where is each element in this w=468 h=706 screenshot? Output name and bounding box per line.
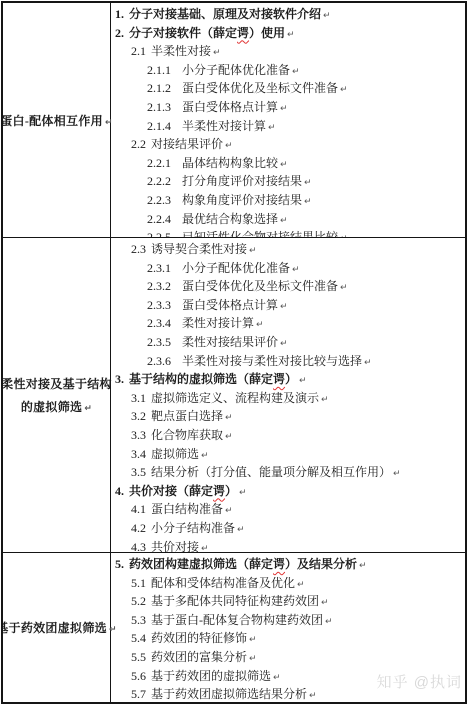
paragraph-mark-icon: ↵ xyxy=(393,469,401,479)
outline-item: 3.2靶点蛋白选择↵ xyxy=(114,408,464,427)
paragraph-mark-icon: ↵ xyxy=(323,11,331,21)
item-text: 虚拟筛选 xyxy=(151,447,199,461)
paragraph-mark-icon: ↵ xyxy=(84,404,92,414)
item-text: 蛋白受体格点计算 xyxy=(182,298,278,312)
item-number: 2.2.5 xyxy=(147,229,171,237)
item-text: 蛋白结构准备 xyxy=(151,502,223,516)
outline-item: 5.4药效团的特征修饰↵ xyxy=(114,630,464,649)
item-text: 靶点蛋白选择 xyxy=(151,409,223,423)
item-number: 2.3.2 xyxy=(147,278,171,295)
item-text: 基于多配体共同特征构建药效团 xyxy=(151,594,319,608)
outline-item: 4.共价对接（薛定谔）↵ xyxy=(114,483,464,502)
item-number: 5.4 xyxy=(131,630,146,647)
paragraph-mark-icon: ↵ xyxy=(201,451,209,461)
item-text: 基于药效团虚拟筛选结果分析 xyxy=(151,687,307,701)
paragraph-mark-icon: ↵ xyxy=(280,104,288,114)
item-number: 5.1 xyxy=(131,575,146,592)
paragraph-mark-icon: ↵ xyxy=(225,141,233,151)
item-text: 小分子配体优化准备 xyxy=(182,63,290,77)
spellcheck-underline: 谔 xyxy=(213,484,225,498)
paragraph-mark-icon: ↵ xyxy=(249,635,257,645)
item-text: 柔性对接计算 xyxy=(182,316,254,330)
paragraph-mark-icon: ↵ xyxy=(237,525,245,535)
item-number: 2.3.6 xyxy=(147,353,171,370)
row-header-cell: 基于药效团虚拟筛选↵ xyxy=(3,553,111,702)
item-number: 5.3 xyxy=(131,612,146,629)
paragraph-mark-icon: ↵ xyxy=(225,413,233,423)
paragraph-mark-icon: ↵ xyxy=(292,67,300,77)
row-header-text: 的虚拟筛选↵ xyxy=(21,398,92,415)
item-number: 2.1.2 xyxy=(147,80,171,97)
item-text: 分子对接软件（薛定谔）使用 xyxy=(129,26,285,40)
paragraph-mark-icon: ↵ xyxy=(280,160,288,170)
paragraph-mark-icon: ↵ xyxy=(359,561,367,571)
item-text: 虚拟筛选定义、流程构建及演示 xyxy=(151,391,319,405)
item-text: 蛋白受体格点计算 xyxy=(182,100,278,114)
outline-item: 2.2.5已知活性化合物对接结果比较↵ xyxy=(114,229,464,237)
item-number: 2.3.1 xyxy=(147,260,171,277)
item-number: 1. xyxy=(115,6,124,23)
item-text: 基于结构的虚拟筛选（薛定谔） xyxy=(129,372,297,386)
item-number: 2.2.4 xyxy=(147,211,171,228)
paragraph-mark-icon: ↵ xyxy=(213,48,221,58)
outline-table: 蛋白-配体相互作用↵1.分子对接基础、原理及对接软件介绍↵2.分子对接软件（薛定… xyxy=(1,1,467,704)
item-text: 结果分析（打分值、能量项分解及相互作用） xyxy=(151,465,391,479)
item-number: 2.2.1 xyxy=(147,155,171,172)
outline-item: 2.1.4半柔性对接计算↵ xyxy=(114,118,464,137)
item-number: 3.2 xyxy=(131,408,146,425)
paragraph-mark-icon: ↵ xyxy=(249,246,257,256)
item-number: 5.5 xyxy=(131,649,146,666)
item-number: 2.3.3 xyxy=(147,297,171,314)
item-text: 分子对接基础、原理及对接软件介绍 xyxy=(129,7,321,21)
outline-item: 5.3基于蛋白-配体复合物构建药效团↵ xyxy=(114,612,464,631)
row-header-cell: 蛋白-配体相互作用↵ xyxy=(3,3,111,237)
row-header-text: 蛋白-配体相互作用↵ xyxy=(3,112,113,129)
outline-item: 3.基于结构的虚拟筛选（薛定谔）↵ xyxy=(114,371,464,390)
outline-item: 3.5结果分析（打分值、能量项分解及相互作用）↵ xyxy=(114,464,464,483)
row-header-text: 基于药效团虚拟筛选↵ xyxy=(3,619,117,636)
item-number: 2.1.3 xyxy=(147,99,171,116)
paragraph-mark-icon: ↵ xyxy=(280,216,288,226)
outline-item: 2.1半柔性对接↵ xyxy=(114,43,464,62)
item-text: 半柔性对接 xyxy=(151,44,211,58)
item-number: 3. xyxy=(115,371,124,388)
item-number: 5. xyxy=(115,556,124,573)
item-text: 半柔性对接计算 xyxy=(182,119,266,133)
item-text: 共价对接 xyxy=(151,540,199,553)
outline-item: 2.3.5柔性对接结果评价↵ xyxy=(114,334,464,353)
item-text: 半柔性对接与柔性对接比较与选择 xyxy=(182,354,362,368)
paragraph-mark-icon: ↵ xyxy=(268,123,276,133)
outline-item: 2.2.3构象角度评价对接结果↵ xyxy=(114,192,464,211)
item-text: 药效团的特征修饰 xyxy=(151,631,247,645)
item-number: 2.2.3 xyxy=(147,192,171,209)
item-text: 晶体结构构象比较 xyxy=(182,156,278,170)
outline-item: 3.3化合物库获取↵ xyxy=(114,427,464,446)
item-number: 2. xyxy=(115,25,124,42)
item-number: 3.4 xyxy=(131,446,146,463)
item-text: 基于蛋白-配体复合物构建药效团 xyxy=(151,613,323,627)
outline-item: 4.1蛋白结构准备↵ xyxy=(114,501,464,520)
item-text: 最优结合构象选择 xyxy=(182,212,278,226)
item-number: 4.3 xyxy=(131,539,146,553)
outline-item: 4.2小分子结构准备↵ xyxy=(114,520,464,539)
paragraph-mark-icon: ↵ xyxy=(280,302,288,312)
outline-item: 2.1.3蛋白受体格点计算↵ xyxy=(114,99,464,118)
outline-cell: 1.分子对接基础、原理及对接软件介绍↵2.分子对接软件（薛定谔）使用↵2.1半柔… xyxy=(111,3,465,237)
outline-item: 4.3共价对接↵ xyxy=(114,539,464,553)
paragraph-mark-icon: ↵ xyxy=(256,320,264,330)
item-number: 4.2 xyxy=(131,520,146,537)
table-row: 蛋白-配体相互作用↵1.分子对接基础、原理及对接软件介绍↵2.分子对接软件（薛定… xyxy=(3,3,465,237)
watermark: 知乎 @执词 xyxy=(377,671,462,692)
item-text: 小分子结构准备 xyxy=(151,521,235,535)
item-number: 3.5 xyxy=(131,464,146,481)
item-text: 共价对接（薛定谔） xyxy=(129,484,237,498)
outline-item: 3.4虚拟筛选↵ xyxy=(114,446,464,465)
outline-item: 3.1虚拟筛选定义、流程构建及演示↵ xyxy=(114,390,464,409)
paragraph-mark-icon: ↵ xyxy=(299,376,307,386)
outline-item: 2.3.4柔性对接计算↵ xyxy=(114,315,464,334)
paragraph-mark-icon: ↵ xyxy=(273,673,281,683)
item-number: 5.7 xyxy=(131,686,146,702)
outline-item: 2.2对接结果评价↵ xyxy=(114,136,464,155)
item-number: 2.3.4 xyxy=(147,315,171,332)
paragraph-mark-icon: ↵ xyxy=(225,432,233,442)
item-number: 4. xyxy=(115,483,124,500)
item-text: 打分角度评价对接结果 xyxy=(182,174,302,188)
item-text: 基于药效团的虚拟筛选 xyxy=(151,669,271,683)
paragraph-mark-icon: ↵ xyxy=(292,265,300,275)
paragraph-mark-icon: ↵ xyxy=(304,197,312,207)
item-number: 4.1 xyxy=(131,501,146,518)
outline-item: 2.3.6半柔性对接与柔性对接比较与选择↵ xyxy=(114,353,464,372)
item-text: 柔性对接结果评价 xyxy=(182,335,278,349)
paragraph-mark-icon: ↵ xyxy=(340,283,348,293)
paragraph-mark-icon: ↵ xyxy=(340,85,348,95)
paragraph-mark-icon: ↵ xyxy=(287,30,295,40)
outline-item: 2.1.1小分子配体优化准备↵ xyxy=(114,62,464,81)
outline-item: 2.2.1晶体结构构象比较↵ xyxy=(114,155,464,174)
paragraph-mark-icon: ↵ xyxy=(321,598,329,608)
paragraph-mark-icon: ↵ xyxy=(280,339,288,349)
paragraph-mark-icon: ↵ xyxy=(201,544,209,553)
outline-item: 5.5药效团的富集分析↵ xyxy=(114,649,464,668)
paragraph-mark-icon: ↵ xyxy=(304,178,312,188)
item-text: 诱导契合柔性对接 xyxy=(151,242,247,256)
item-number: 2.2.2 xyxy=(147,173,171,190)
item-number: 2.3.5 xyxy=(147,334,171,351)
outline-item: 2.3.2蛋白受体优化及坐标文件准备↵ xyxy=(114,278,464,297)
item-number: 2.1 xyxy=(131,43,146,60)
outline-item: 2.3.3蛋白受体格点计算↵ xyxy=(114,297,464,316)
outline-item: 2.2.2打分角度评价对接结果↵ xyxy=(114,173,464,192)
outline-item: 2.分子对接软件（薛定谔）使用↵ xyxy=(114,25,464,44)
paragraph-mark-icon: ↵ xyxy=(321,395,329,405)
row-header-text: 柔性对接及基于结构 xyxy=(3,375,112,392)
item-number: 5.6 xyxy=(131,668,146,685)
item-text: 小分子配体优化准备 xyxy=(182,261,290,275)
paragraph-mark-icon: ↵ xyxy=(297,580,305,590)
item-text: 药效团的富集分析 xyxy=(151,650,247,664)
outline-cell: 2.3诱导契合柔性对接↵2.3.1小分子配体优化准备↵2.3.2蛋白受体优化及坐… xyxy=(111,238,465,552)
outline-item: 1.分子对接基础、原理及对接软件介绍↵ xyxy=(114,6,464,25)
item-text: 化合物库获取 xyxy=(151,428,223,442)
item-text: 构象角度评价对接结果 xyxy=(182,193,302,207)
item-number: 2.1.4 xyxy=(147,118,171,135)
item-text: 蛋白受体优化及坐标文件准备 xyxy=(182,279,338,293)
outline-item: 2.3.1小分子配体优化准备↵ xyxy=(114,260,464,279)
paragraph-mark-icon: ↵ xyxy=(239,488,247,498)
paragraph-mark-icon: ↵ xyxy=(225,506,233,516)
spellcheck-underline: 谔 xyxy=(273,557,285,571)
item-text: 对接结果评价 xyxy=(151,137,223,151)
paragraph-mark-icon: ↵ xyxy=(249,654,257,664)
paragraph-mark-icon: ↵ xyxy=(364,358,372,368)
item-number: 5.2 xyxy=(131,593,146,610)
item-number: 2.2 xyxy=(131,136,146,153)
item-number: 2.3 xyxy=(131,241,146,258)
item-number: 2.1.1 xyxy=(147,62,171,79)
row-header-cell: 柔性对接及基于结构的虚拟筛选↵ xyxy=(3,238,111,552)
outline-item: 2.1.2蛋白受体优化及坐标文件准备↵ xyxy=(114,80,464,99)
item-text: 蛋白受体优化及坐标文件准备 xyxy=(182,81,338,95)
outline-item: 2.2.4最优结合构象选择↵ xyxy=(114,211,464,230)
item-text: 药效团构建虚拟筛选（薛定谔）及结果分析 xyxy=(129,557,357,571)
outline-item: 2.3诱导契合柔性对接↵ xyxy=(114,241,464,260)
paragraph-mark-icon: ↵ xyxy=(309,691,317,701)
item-number: 3.1 xyxy=(131,390,146,407)
item-text: 配体和受体结构准备及优化 xyxy=(151,576,295,590)
outline-item: 5.药效团构建虚拟筛选（薛定谔）及结果分析↵ xyxy=(114,556,464,575)
item-number: 3.3 xyxy=(131,427,146,444)
outline-item: 5.2基于多配体共同特征构建药效团↵ xyxy=(114,593,464,612)
outline-item: 5.1配体和受体结构准备及优化↵ xyxy=(114,575,464,594)
item-text: 已知活性化合物对接结果比较 xyxy=(182,230,338,237)
paragraph-mark-icon: ↵ xyxy=(325,617,333,627)
spellcheck-underline: 谔 xyxy=(273,372,285,386)
table-row: 柔性对接及基于结构的虚拟筛选↵2.3诱导契合柔性对接↵2.3.1小分子配体优化准… xyxy=(3,237,465,552)
spellcheck-underline: 谔 xyxy=(237,26,249,40)
